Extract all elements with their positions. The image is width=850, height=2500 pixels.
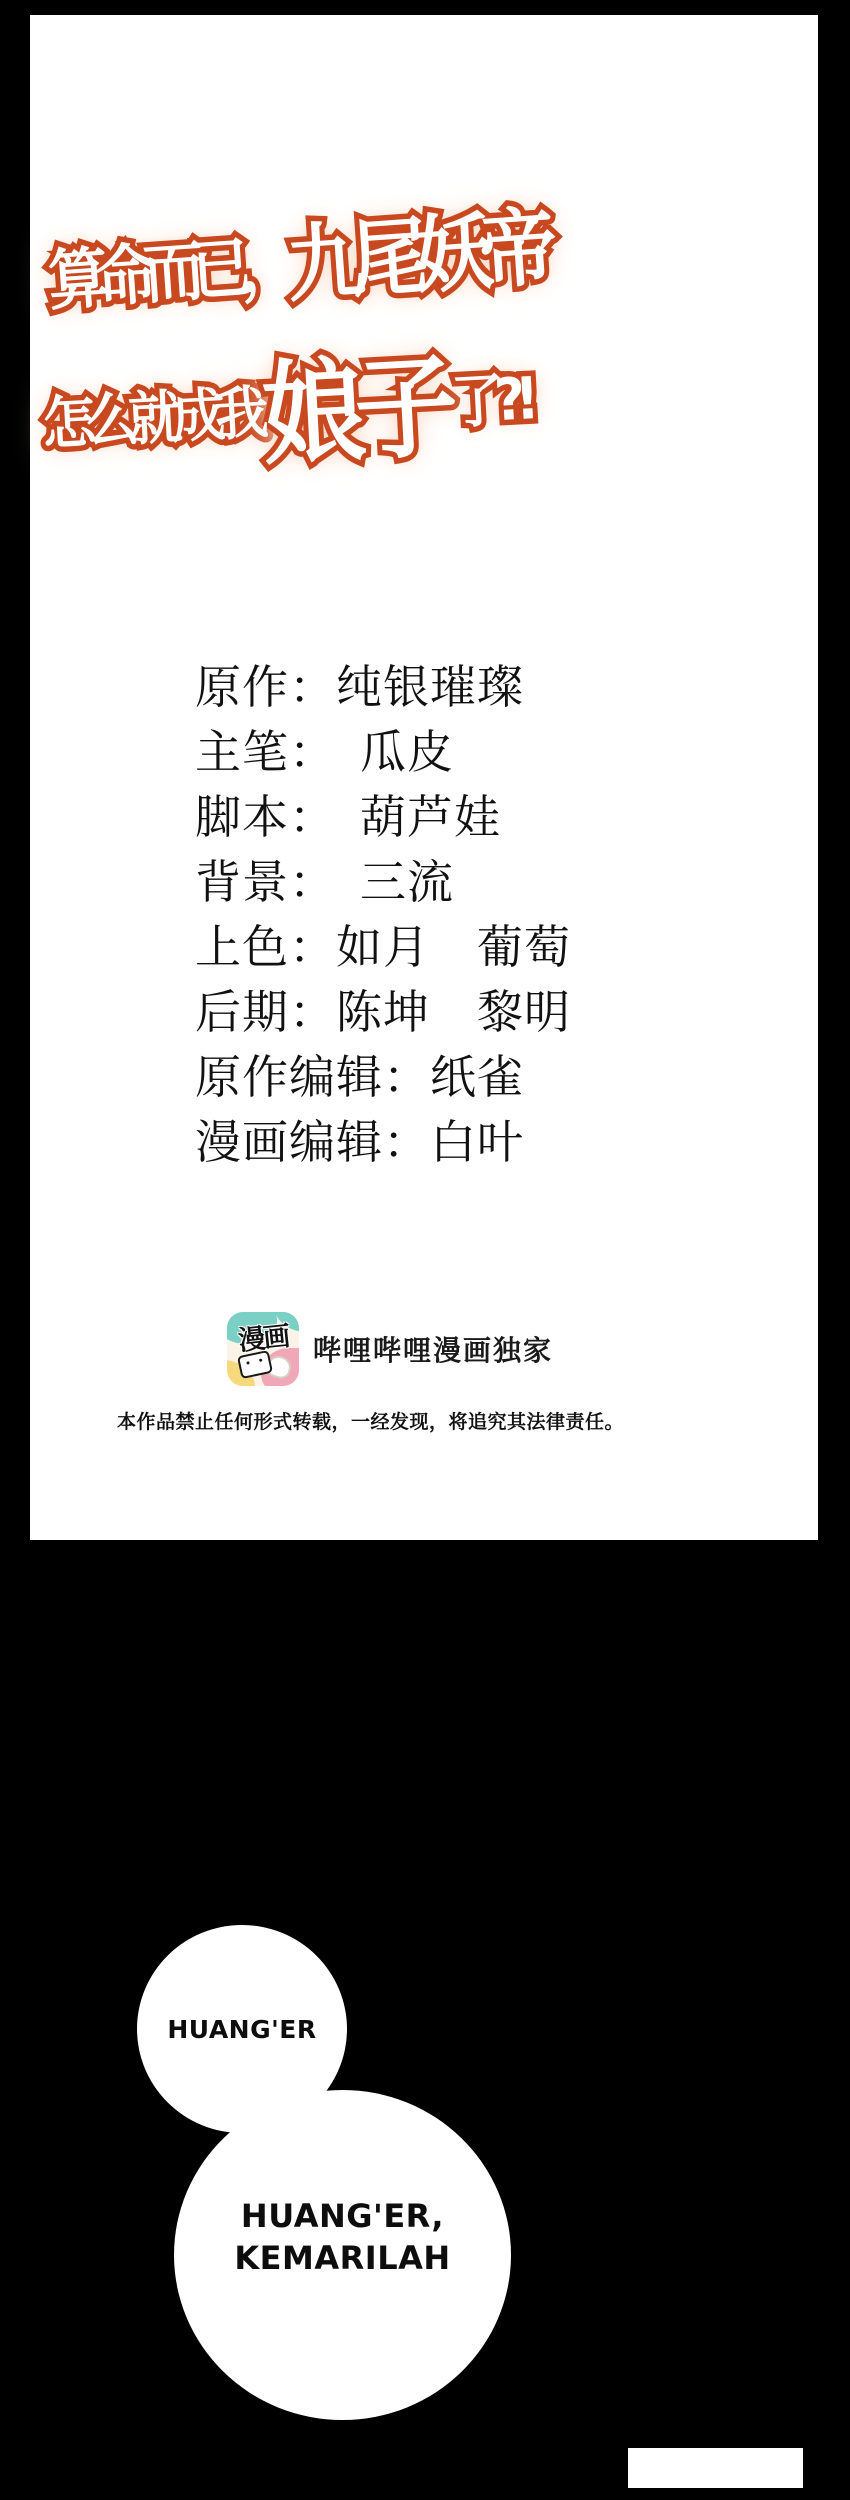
credit-line-script: 脚本： 葫芦娃 (195, 785, 571, 850)
copyright-disclaimer: 本作品禁止任何形式转载，一经发现，将追究其法律责任。 (117, 1407, 624, 1434)
title-text-line2-pre: 怎么就成我 (40, 365, 260, 460)
comic-panel: HUANG'ER HUANG'ER,KEMARILAH (0, 1540, 850, 2500)
title-text-line1-big: 九尾妖帝 (282, 180, 547, 319)
bilibili-exclusive-text: 哔哩哔哩漫画独家 (313, 1329, 553, 1369)
logo-manga-label: 漫画 (236, 1314, 290, 1358)
series-title-line-2: 怎么就成我娘子了?! (38, 312, 548, 499)
credit-line-postproduction: 后期：陈坤 黎明 (195, 980, 571, 1045)
speech-bubble-2-line1: HUANG'ER, (241, 2197, 444, 2235)
title-text-line1-normal: 算命而已， (45, 211, 290, 322)
credit-line-manga-editor: 漫画编辑：白叶 (195, 1110, 571, 1175)
staff-credits: 原作：纯银璀璨 主笔： 瓜皮 脚本： 葫芦娃 背景： 三流 上色：如月 葡萄 后… (195, 655, 571, 1175)
credit-line-background: 背景： 三流 (195, 850, 571, 915)
bilibili-manga-logo-icon: 漫画 (227, 1312, 299, 1386)
speech-bubble-2-text: HUANG'ER,KEMARILAH (234, 2195, 450, 2279)
series-title: 算命而已，九尾妖帝 怎么就成我娘子了?! (48, 215, 588, 499)
credit-line-lead-artist: 主笔： 瓜皮 (195, 720, 571, 785)
title-text-line2-post: 了?! (449, 351, 532, 439)
credit-line-original-author: 原作：纯银璀璨 (195, 655, 571, 720)
speech-bubble-1-text: HUANG'ER (167, 2015, 316, 2044)
credit-line-coloring: 上色：如月 葡萄 (195, 915, 571, 980)
publisher-row: 漫画 哔哩哔哩漫画独家 (227, 1311, 553, 1387)
speech-bubble-2-line2: KEMARILAH (234, 2239, 450, 2277)
speech-bubble-2: HUANG'ER,KEMARILAH (174, 2090, 511, 2420)
partial-caption-box (628, 2448, 803, 2488)
credit-line-original-editor: 原作编辑：纸雀 (195, 1045, 571, 1110)
title-text-line2-big: 娘子 (257, 317, 451, 488)
title-page: 算命而已，九尾妖帝 怎么就成我娘子了?! 原作：纯银璀璨 主笔： 瓜皮 脚本： … (30, 15, 818, 1540)
series-title-line-1: 算命而已，九尾妖帝 (44, 180, 548, 335)
